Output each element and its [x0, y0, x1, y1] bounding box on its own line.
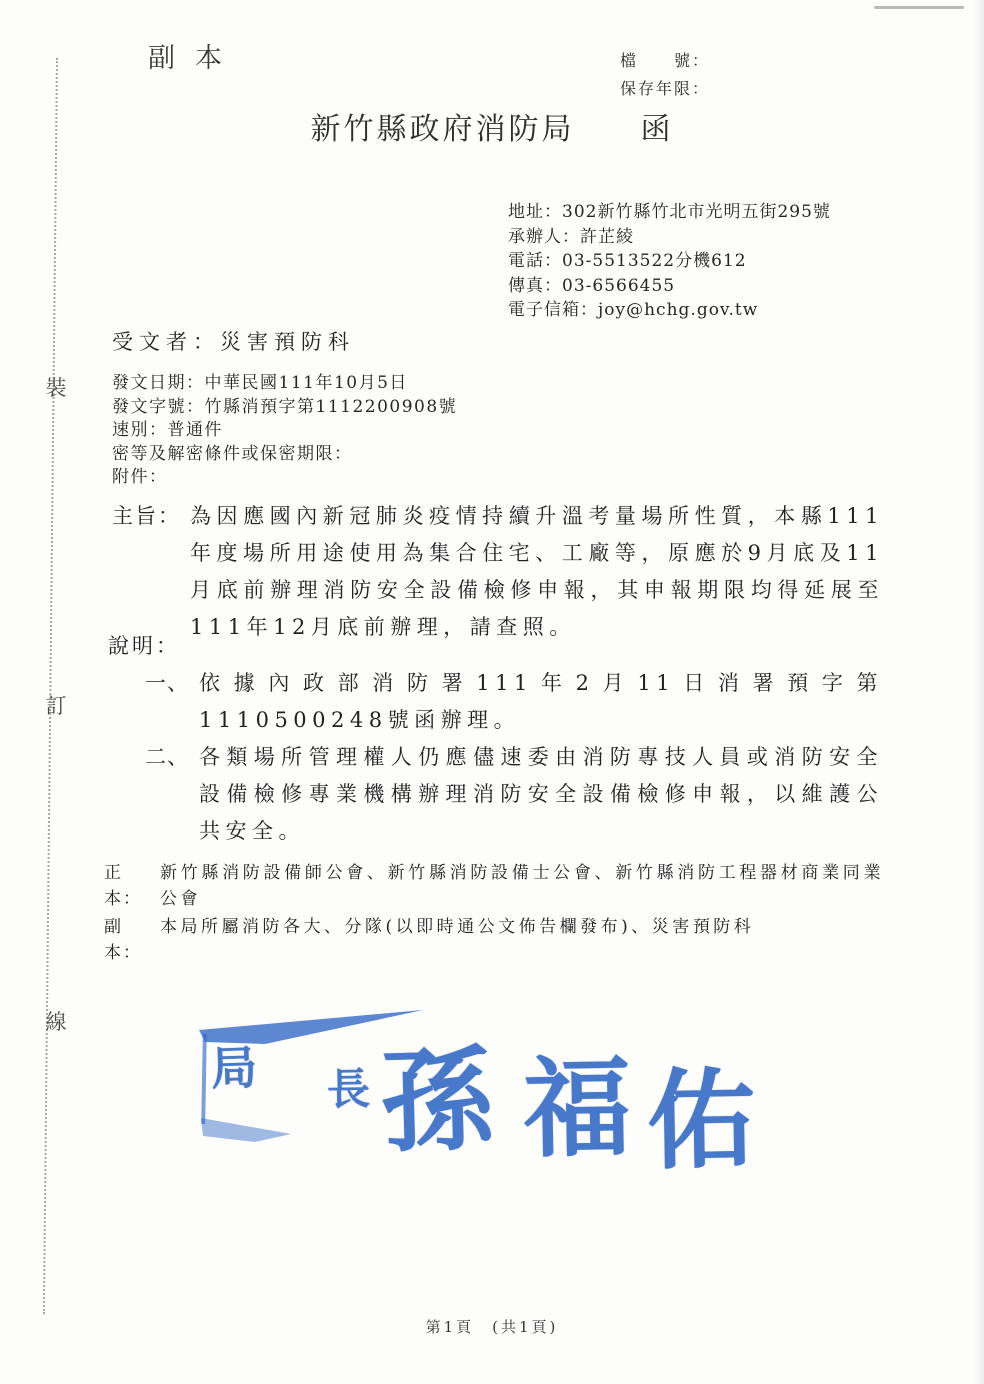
contact-fax: 傳真：03-6566455 — [508, 274, 831, 299]
attachment-line: 附件： — [112, 466, 457, 490]
explanation-item: 二、 各類場所管理權人仍應儘速委由消防專技人員或消防安全設備檢修專業機構辦理消防… — [145, 739, 883, 850]
copy-recipients: 本局所屬消防各大、分隊(以即時通公文佈告欄發布)、災害預防科 — [160, 914, 884, 940]
speed-class: 速別：普通件 — [112, 419, 457, 443]
stamp-frame-smudge — [195, 1006, 445, 1146]
distribution-copy-row: 副本： 本局所屬消防各大、分隊(以即時通公文佈告欄發布)、災害預防科 — [104, 914, 884, 966]
original-recipients: 新竹縣消防設備師公會、新竹縣消防設備士公會、新竹縣消防工程器材商業同業公會 — [160, 860, 884, 912]
meta-block: 發文日期：中華民國111年10月5日 發文字號：竹縣消預字第1112200908… — [112, 372, 457, 490]
issue-number: 發文字號：竹縣消預字第1112200908號 — [112, 396, 457, 420]
copy-stamp-label: 副本 — [148, 36, 242, 75]
contact-block: 地址：302新竹縣竹北市光明五街295號 承辦人：許芷綾 電話：03-55135… — [508, 200, 831, 323]
distribution-original-row: 正本： 新竹縣消防設備師公會、新竹縣消防設備士公會、新竹縣消防工程器材商業同業公… — [104, 860, 884, 912]
subject-text: 為因應國內新冠肺炎疫情持續升溫考量場所性質，本縣111年度場所用途使用為集合住宅… — [190, 498, 884, 646]
security-class: 密等及解密條件或保密期限： — [112, 443, 457, 467]
contact-address: 地址：302新竹縣竹北市光明五街295號 — [508, 200, 831, 225]
copy-recipients-label: 副本： — [104, 914, 160, 966]
distribution-block: 正本： 新竹縣消防設備師公會、新竹縣消防設備士公會、新竹縣消防工程器材商業同業公… — [104, 860, 884, 968]
original-recipients-label: 正本： — [104, 860, 160, 912]
contact-person: 承辦人：許芷綾 — [508, 225, 831, 250]
page-number-footer: 第1頁 (共1頁) — [0, 1316, 984, 1337]
issue-date: 發文日期：中華民國111年10月5日 — [112, 372, 457, 396]
scan-edge-shadow — [974, 0, 984, 1384]
subject-section: 主旨： 為因應國內新冠肺炎疫情持續升溫考量場所性質，本縣111年度場所用途使用為… — [112, 498, 884, 646]
stamp-char-bureau: 局 — [210, 1031, 258, 1099]
subject-label: 主旨： — [112, 498, 190, 535]
explanation-label: 說明： — [108, 630, 180, 660]
director-signature-stamp: 局 長 孫 福 佑 — [195, 998, 785, 1183]
stamp-char-chief: 長 — [326, 1056, 370, 1118]
binding-char-ding: 訂 — [42, 690, 70, 720]
binding-dotted-line — [43, 58, 58, 1314]
explanation-item-number: 二、 — [145, 739, 199, 776]
document-title: 新竹縣政府消防局 函 — [0, 104, 984, 148]
explanation-item: 一、 依據內政部消防署111年2月11日消署預字第1110500248號函辦理。 — [145, 665, 883, 739]
retention-period-label: 保存年限： — [620, 76, 710, 99]
explanation-list: 一、 依據內政部消防署111年2月11日消署預字第1110500248號函辦理。… — [145, 665, 883, 850]
stamp-name-char: 孫 — [379, 1011, 495, 1175]
document-page: 裝 訂 線 副本 檔 號： 保存年限： 新竹縣政府消防局 函 地址：302新竹縣… — [0, 0, 984, 1384]
scan-edge-mark — [874, 6, 964, 9]
file-number-label: 檔 號： — [620, 48, 710, 71]
contact-phone: 電話：03-5513522分機612 — [508, 249, 831, 274]
binding-char-zhuang: 裝 — [42, 372, 70, 402]
contact-email: 電子信箱：joy@hchg.gov.tw — [508, 298, 831, 323]
stamp-name-char: 福 — [522, 1021, 633, 1178]
explanation-item-text: 依據內政部消防署111年2月11日消署預字第1110500248號函辦理。 — [199, 665, 883, 739]
stamp-name-char: 佑 — [646, 1033, 757, 1190]
explanation-item-number: 一、 — [145, 665, 199, 702]
binding-char-xian: 線 — [42, 1006, 70, 1036]
recipient-line: 受文者：災害預防科 — [112, 326, 355, 356]
explanation-item-text: 各類場所管理權人仍應儘速委由消防專技人員或消防安全設備檢修專業機構辦理消防安全設… — [199, 739, 883, 850]
